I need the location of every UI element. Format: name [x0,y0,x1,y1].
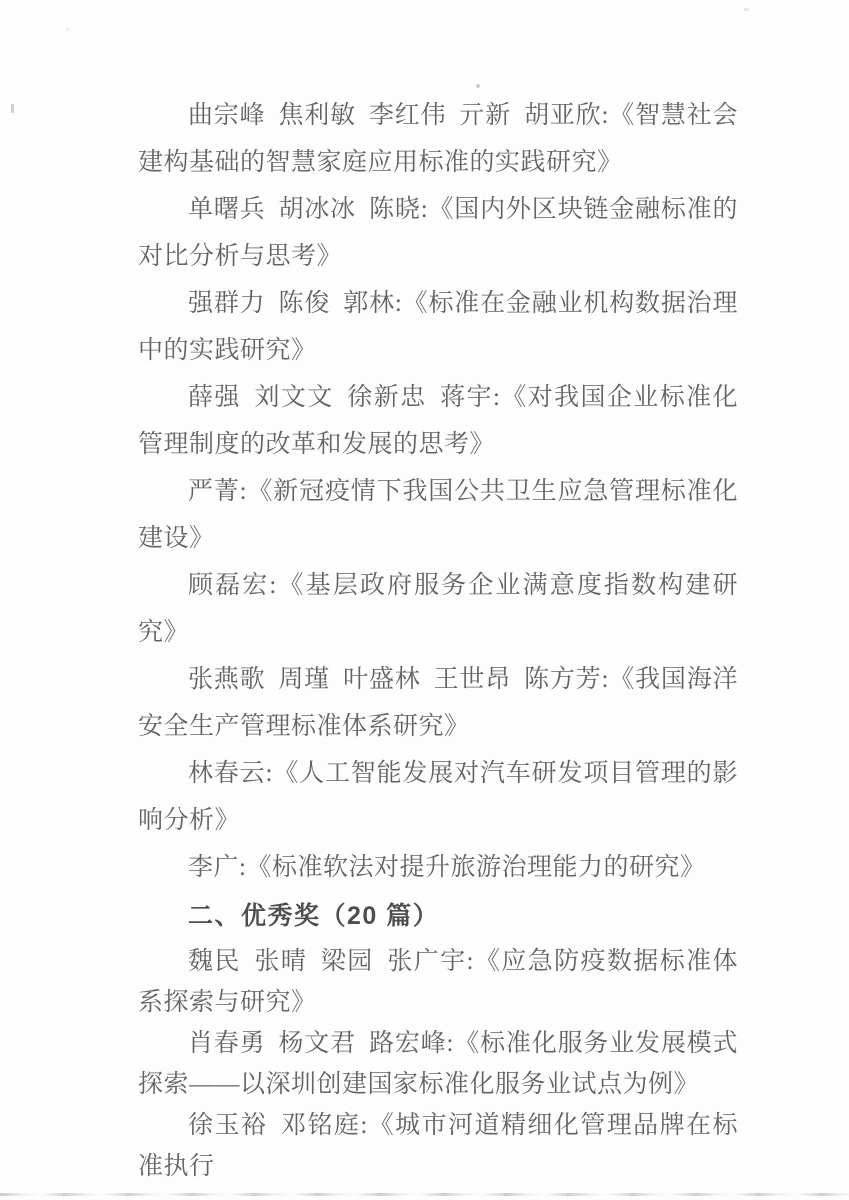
award-entry: 林春云:《人工智能发展对汽车研发项目管理的影响分析》 [138,750,738,844]
award-entry: 严菁:《新冠疫情下我国公共卫生应急管理标准化建设》 [138,468,738,562]
award-entry: 薛强 刘文文 徐新忠 蒋宇:《对我国企业标准化管理制度的改革和发展的思考》 [138,374,738,468]
scanned-document-page: 曲宗峰 焦利敏 李红伟 亓新 胡亚欣:《智慧社会建构基础的智慧家庭应用标准的实践… [0,0,849,1200]
award-entry: 李广:《标准软法对提升旅游治理能力的研究》 [138,844,738,891]
award-entry: 肖春勇 杨文君 路宏峰:《标准化服务业发展模式探索——以深圳创建国家标准化服务业… [138,1023,738,1105]
award-entry: 徐玉裕 邓铭庭:《城市河道精细化管理品牌在标准执行 [138,1105,738,1187]
award-entry: 张燕歌 周瑾 叶盛林 王世昂 陈方芳:《我国海洋安全生产管理标准体系研究》 [138,656,738,750]
scan-artifact-speck [744,8,749,11]
scan-artifact-speck [66,28,69,31]
scan-artifact-speck [476,84,480,88]
award-entry: 单曙兵 胡冰冰 陈晓:《国内外区块链金融标准的对比分析与思考》 [138,186,738,280]
award-entry: 曲宗峰 焦利敏 李红伟 亓新 胡亚欣:《智慧社会建构基础的智慧家庭应用标准的实践… [138,92,738,186]
excellence-award-section-heading: 二、优秀奖（20 篇） [138,891,738,941]
document-body: 曲宗峰 焦利敏 李红伟 亓新 胡亚欣:《智慧社会建构基础的智慧家庭应用标准的实践… [138,92,738,1187]
scan-artifact-speck [11,104,14,113]
award-entry: 魏民 张晴 梁园 张广宇:《应急防疫数据标准体系探索与研究》 [138,941,738,1023]
scan-artifact-bottom-edge [0,1193,849,1196]
award-entry: 顾磊宏:《基层政府服务企业满意度指数构建研究》 [138,562,738,656]
award-entry: 强群力 陈俊 郭林:《标准在金融业机构数据治理中的实践研究》 [138,280,738,374]
